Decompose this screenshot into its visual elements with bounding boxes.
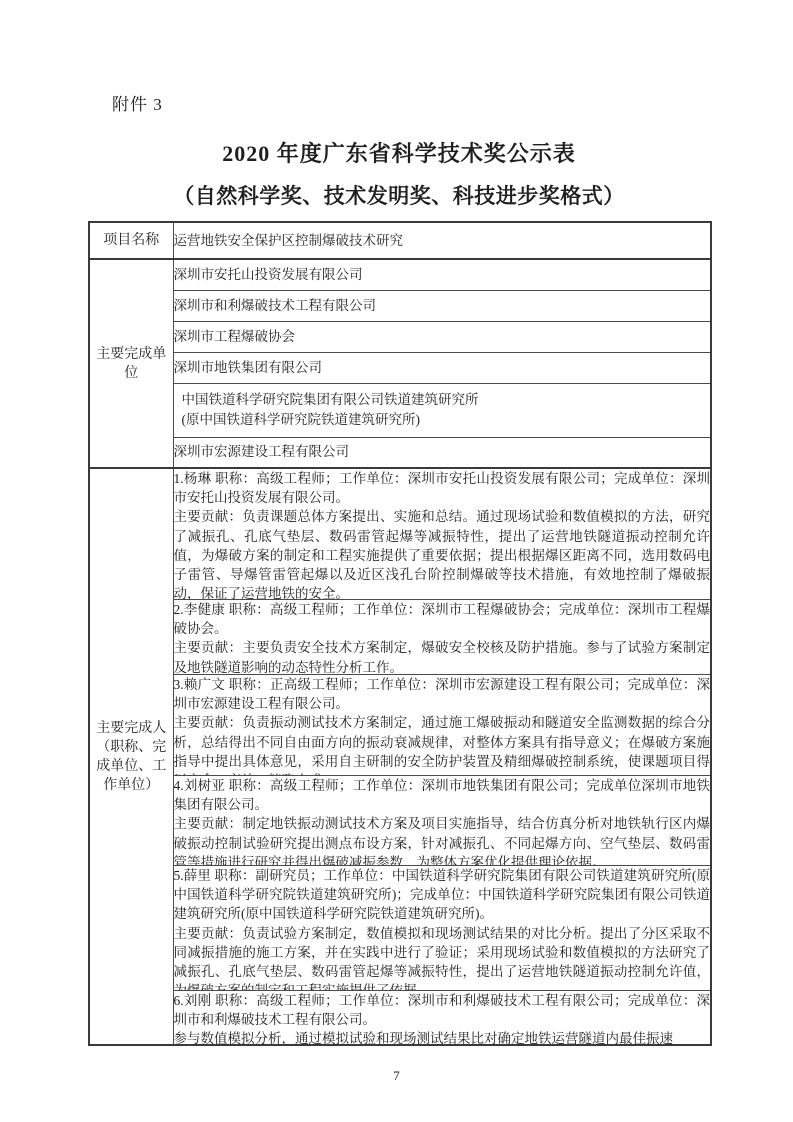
person-entry-1: 1.杨琳 职称：高级工程师；工作单位：深圳市安托山投资发展有限公司；完成单位：深…	[174, 469, 711, 599]
person-entry-5: 5.薛里 职称：副研究员；工作单位：中国铁道科学研究院集团有限公司铁道建筑研究所…	[174, 866, 711, 990]
doc-subtitle: （自然科学奖、技术发明奖、科技进步奖格式）	[88, 180, 710, 210]
person-entry-2: 2.李健康 职称：高级工程师；工作单位：深圳市工程爆破协会；完成单位：深圳市工程…	[174, 600, 711, 674]
person-row: 4.刘树亚 职称：高级工程师；工作单位：深圳市地铁集团有限公司；完成单位深圳市地…	[89, 776, 711, 866]
unit-value-cell-1: 深圳市安托山投资发展有限公司	[173, 259, 711, 290]
unit-value-cell-4: 深圳市地铁集团有限公司	[173, 352, 711, 383]
unit-row: 主要完成单位 深圳市安托山投资发展有限公司	[89, 259, 711, 290]
unit-value-cell-3: 深圳市工程爆破协会	[173, 321, 711, 352]
person-row: 主要完成人（职称、完成单位、工作单位） 1.杨琳 职称：高级工程师；工作单位：深…	[89, 468, 711, 600]
person-entry-6: 6.刘刚 职称：高级工程师；工作单位：深圳市和利爆破技术工程有限公司；完成单位：…	[174, 991, 711, 1044]
page-number: 7	[0, 1068, 793, 1084]
unit-row: 深圳市和利爆破技术工程有限公司	[89, 290, 711, 321]
person-cell-3: 3.赖广文 职称：正高级工程师；工作单位：深圳市宏源建设工程有限公司；完成单位：…	[173, 675, 711, 776]
attachment-label: 附件 3	[112, 90, 163, 115]
unit-value-cell-2: 深圳市和利爆破技术工程有限公司	[173, 290, 711, 321]
unit-row: 中国铁道科学研究院集团有限公司铁道建筑研究所 (原中国铁道科学研究院铁道建筑研究…	[89, 383, 711, 437]
person-cell-6: 6.刘刚 职称：高级工程师；工作单位：深圳市和利爆破技术工程有限公司；完成单位：…	[173, 991, 711, 1046]
award-table: 项目名称 运营地铁安全保护区控制爆破技术研究 主要完成单位 深圳市安托山投资发展…	[88, 221, 712, 1046]
person-row: 3.赖广文 职称：正高级工程师；工作单位：深圳市宏源建设工程有限公司；完成单位：…	[89, 675, 711, 776]
persons-label-cell: 主要完成人（职称、完成单位、工作单位）	[89, 468, 173, 1045]
person-entry-3: 3.赖广文 职称：正高级工程师；工作单位：深圳市宏源建设工程有限公司；完成单位：…	[174, 675, 711, 775]
person-cell-4: 4.刘树亚 职称：高级工程师；工作单位：深圳市地铁集团有限公司；完成单位深圳市地…	[173, 776, 711, 866]
person-row: 6.刘刚 职称：高级工程师；工作单位：深圳市和利爆破技术工程有限公司；完成单位：…	[89, 991, 711, 1046]
award-table-wrapper: 项目名称 运营地铁安全保护区控制爆破技术研究 主要完成单位 深圳市安托山投资发展…	[88, 221, 712, 1046]
units-label-cell: 主要完成单位	[89, 259, 173, 468]
unit-value-cell-6: 深圳市宏源建设工程有限公司	[173, 437, 711, 468]
person-entry-4: 4.刘树亚 职称：高级工程师；工作单位：深圳市地铁集团有限公司；完成单位深圳市地…	[174, 776, 711, 865]
unit-row: 深圳市地铁集团有限公司	[89, 352, 711, 383]
project-name-row: 项目名称 运营地铁安全保护区控制爆破技术研究	[89, 222, 711, 259]
document-page: 附件 3 2020 年度广东省科学技术奖公示表 （自然科学奖、技术发明奖、科技进…	[0, 0, 793, 1122]
person-cell-5: 5.薛里 职称：副研究员；工作单位：中国铁道科学研究院集团有限公司铁道建筑研究所…	[173, 866, 711, 991]
project-name-value-cell: 运营地铁安全保护区控制爆破技术研究	[173, 222, 711, 259]
person-row: 5.薛里 职称：副研究员；工作单位：中国铁道科学研究院集团有限公司铁道建筑研究所…	[89, 866, 711, 991]
unit-row: 深圳市工程爆破协会	[89, 321, 711, 352]
project-name-label-cell: 项目名称	[89, 222, 173, 259]
person-cell-1: 1.杨琳 职称：高级工程师；工作单位：深圳市安托山投资发展有限公司；完成单位：深…	[173, 468, 711, 600]
unit-value-cell-5: 中国铁道科学研究院集团有限公司铁道建筑研究所 (原中国铁道科学研究院铁道建筑研究…	[173, 383, 711, 437]
person-cell-2: 2.李健康 职称：高级工程师；工作单位：深圳市工程爆破协会；完成单位：深圳市工程…	[173, 600, 711, 675]
person-row: 2.李健康 职称：高级工程师；工作单位：深圳市工程爆破协会；完成单位：深圳市工程…	[89, 600, 711, 675]
unit-row: 深圳市宏源建设工程有限公司	[89, 437, 711, 468]
doc-title: 2020 年度广东省科学技术奖公示表	[88, 137, 710, 168]
